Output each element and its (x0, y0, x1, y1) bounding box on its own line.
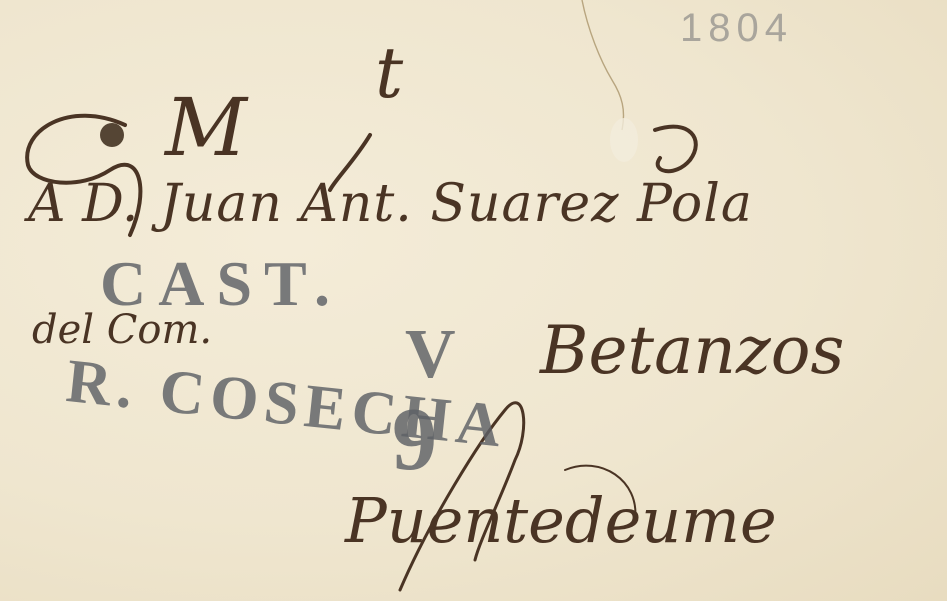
address-salutation: A D. (28, 178, 138, 230)
address-line-1: Juan Ant. Suarez Pola (160, 178, 753, 230)
letter-cover: 1804 t M A D. Juan Ant. Suarez Pola CAST… (0, 0, 947, 601)
address-destination-puentedeume: Puentedeume (345, 490, 777, 552)
address-line-2-prefix: del Com. (32, 310, 212, 350)
address-city-betanzos: Betanzos (540, 318, 844, 384)
rate-mark-letter: V (405, 320, 456, 390)
rate-mark-numeral: 9 (392, 395, 437, 485)
